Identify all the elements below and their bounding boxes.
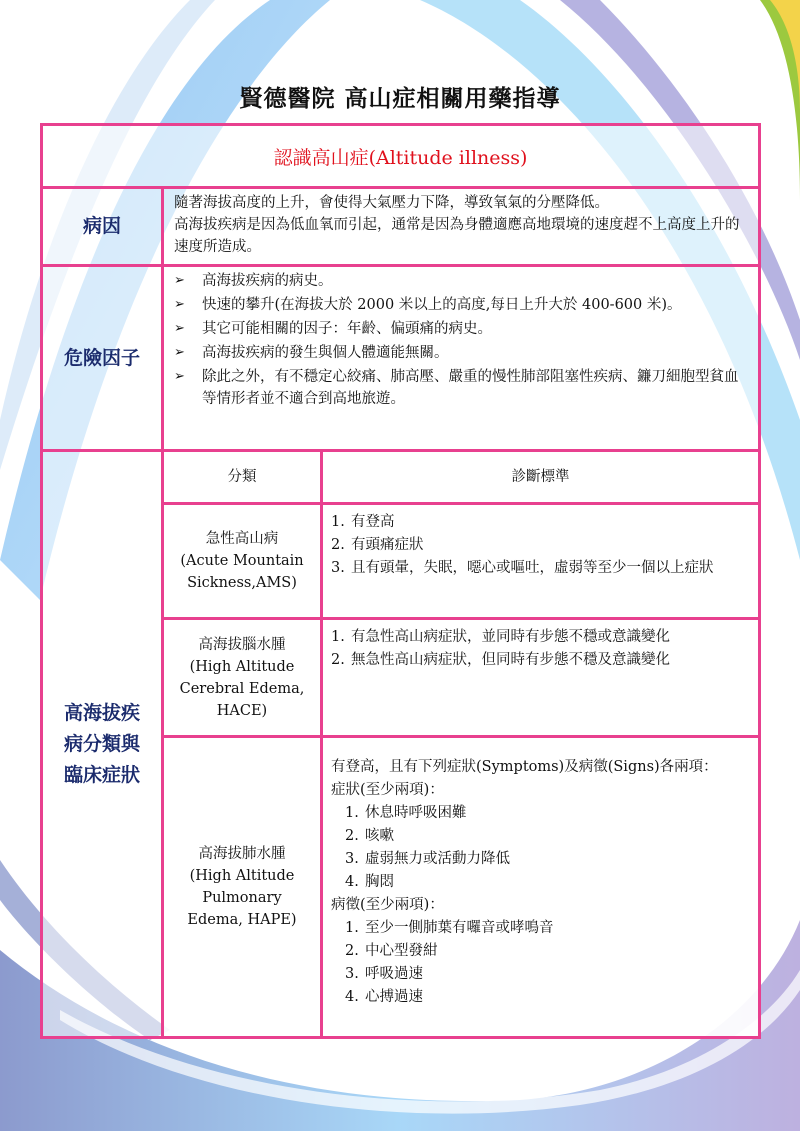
symptoms-label: 症狀(至少兩項)： — [331, 779, 750, 802]
section-header: 認識高山症(Altitude illness) — [43, 126, 758, 186]
category-cell: 高海拔腦水腫 (High Altitude Cerebral Edema, HA… — [164, 620, 323, 735]
signs-list: 1.至少一側肺葉有囉音或哮鳴音 2.中心型發紺 3.呼吸過速 4.心搏過速 — [331, 917, 750, 1009]
criteria-cell: 有登高，且有下列症狀(Symptoms)及病徵(Signs)各兩項： 症狀(至少… — [323, 738, 758, 1036]
list-item: 2.有頭痛症狀 — [331, 534, 750, 557]
info-table: 認識高山症(Altitude illness) 病因 隨著海拔高度的上升，會使得… — [40, 123, 761, 1039]
arrow-bullet-icon: ➢ — [174, 270, 202, 292]
list-item: 2.咳嗽 — [331, 825, 750, 848]
column-header-category: 分類 — [164, 452, 323, 502]
cause-line: 高海拔疾病是因為低血氧而引起，通常是因為身體適應高地環境的速度趕不上高度上升的速… — [174, 214, 750, 258]
table-row-hape: 高海拔肺水腫 (High Altitude Pulmonary Edema, H… — [164, 735, 758, 1036]
list-item: 2.無急性高山病症狀，但同時有步態不穩及意識變化 — [331, 649, 750, 672]
classification-row: 高海拔疾 病分類與 臨床症狀 分類 診斷標準 急性高山病 (Acute Moun… — [43, 449, 758, 1036]
hape-intro: 有登高，且有下列症狀(Symptoms)及病徵(Signs)各兩項： — [331, 756, 750, 779]
cause-label: 病因 — [43, 189, 164, 264]
list-item: ➢高海拔疾病的發生與個人體適能無關。 — [174, 342, 750, 364]
criteria-cell: 1.有急性高山病症狀，並同時有步態不穩或意識變化 2.無急性高山病症狀，但同時有… — [323, 620, 758, 735]
list-item: 3.虛弱無力或活動力降低 — [331, 848, 750, 871]
cause-row: 病因 隨著海拔高度的上升，會使得大氣壓力下降，導致氧氣的分壓降低。 高海拔疾病是… — [43, 186, 758, 264]
table-row-ams: 急性高山病 (Acute Mountain Sickness,AMS) 1.有登… — [164, 502, 758, 617]
cause-line: 隨著海拔高度的上升，會使得大氣壓力下降，導致氧氣的分壓降低。 — [174, 192, 750, 214]
list-item: ➢除此之外，有不穩定心絞痛、肺高壓、嚴重的慢性肺部阻塞性疾病、鐮刀細胞型貧血等情… — [174, 366, 750, 410]
risk-row: 危險因子 ➢高海拔疾病的病史。 ➢快速的攀升(在海拔大於 2000 米以上的高度… — [43, 264, 758, 449]
table-header-row: 分類 診斷標準 — [164, 452, 758, 502]
classification-table: 分類 診斷標準 急性高山病 (Acute Mountain Sickness,A… — [164, 452, 758, 1036]
list-item: ➢高海拔疾病的病史。 — [174, 270, 750, 292]
category-cell: 高海拔肺水腫 (High Altitude Pulmonary Edema, H… — [164, 738, 323, 1036]
list-item: 1.有急性高山病症狀，並同時有步態不穩或意識變化 — [331, 626, 750, 649]
risk-list: ➢高海拔疾病的病史。 ➢快速的攀升(在海拔大於 2000 米以上的高度,每日上升… — [174, 270, 750, 410]
list-item: 3.呼吸過速 — [331, 963, 750, 986]
list-item: ➢其它可能相關的因子：年齡、偏頭痛的病史。 — [174, 318, 750, 340]
list-item: 2.中心型發紺 — [331, 940, 750, 963]
arrow-bullet-icon: ➢ — [174, 294, 202, 316]
risk-label: 危險因子 — [43, 267, 164, 449]
classification-label: 高海拔疾 病分類與 臨床症狀 — [43, 452, 164, 1036]
category-cell: 急性高山病 (Acute Mountain Sickness,AMS) — [164, 505, 323, 617]
list-item: 1.至少一側肺葉有囉音或哮鳴音 — [331, 917, 750, 940]
list-item: 3.且有頭暈，失眠，噁心或嘔吐，虛弱等至少一個以上症狀 — [331, 557, 750, 580]
list-item: ➢快速的攀升(在海拔大於 2000 米以上的高度,每日上升大於 400-600 … — [174, 294, 750, 316]
list-item: 4.心搏過速 — [331, 986, 750, 1009]
arrow-bullet-icon: ➢ — [174, 342, 202, 364]
list-item: 1.休息時呼吸困難 — [331, 802, 750, 825]
arrow-bullet-icon: ➢ — [174, 366, 202, 410]
table-row-hace: 高海拔腦水腫 (High Altitude Cerebral Edema, HA… — [164, 617, 758, 735]
list-item: 1.有登高 — [331, 511, 750, 534]
signs-label: 病徵(至少兩項)： — [331, 894, 750, 917]
page-title: 賢德醫院 高山症相關用藥指導 — [0, 80, 800, 113]
risk-content: ➢高海拔疾病的病史。 ➢快速的攀升(在海拔大於 2000 米以上的高度,每日上升… — [164, 267, 758, 449]
cause-content: 隨著海拔高度的上升，會使得大氣壓力下降，導致氧氣的分壓降低。 高海拔疾病是因為低… — [164, 189, 758, 264]
symptoms-list: 1.休息時呼吸困難 2.咳嗽 3.虛弱無力或活動力降低 4.胸悶 — [331, 802, 750, 894]
arrow-bullet-icon: ➢ — [174, 318, 202, 340]
list-item: 4.胸悶 — [331, 871, 750, 894]
criteria-cell: 1.有登高 2.有頭痛症狀 3.且有頭暈，失眠，噁心或嘔吐，虛弱等至少一個以上症… — [323, 505, 758, 617]
column-header-criteria: 診斷標準 — [323, 452, 758, 502]
